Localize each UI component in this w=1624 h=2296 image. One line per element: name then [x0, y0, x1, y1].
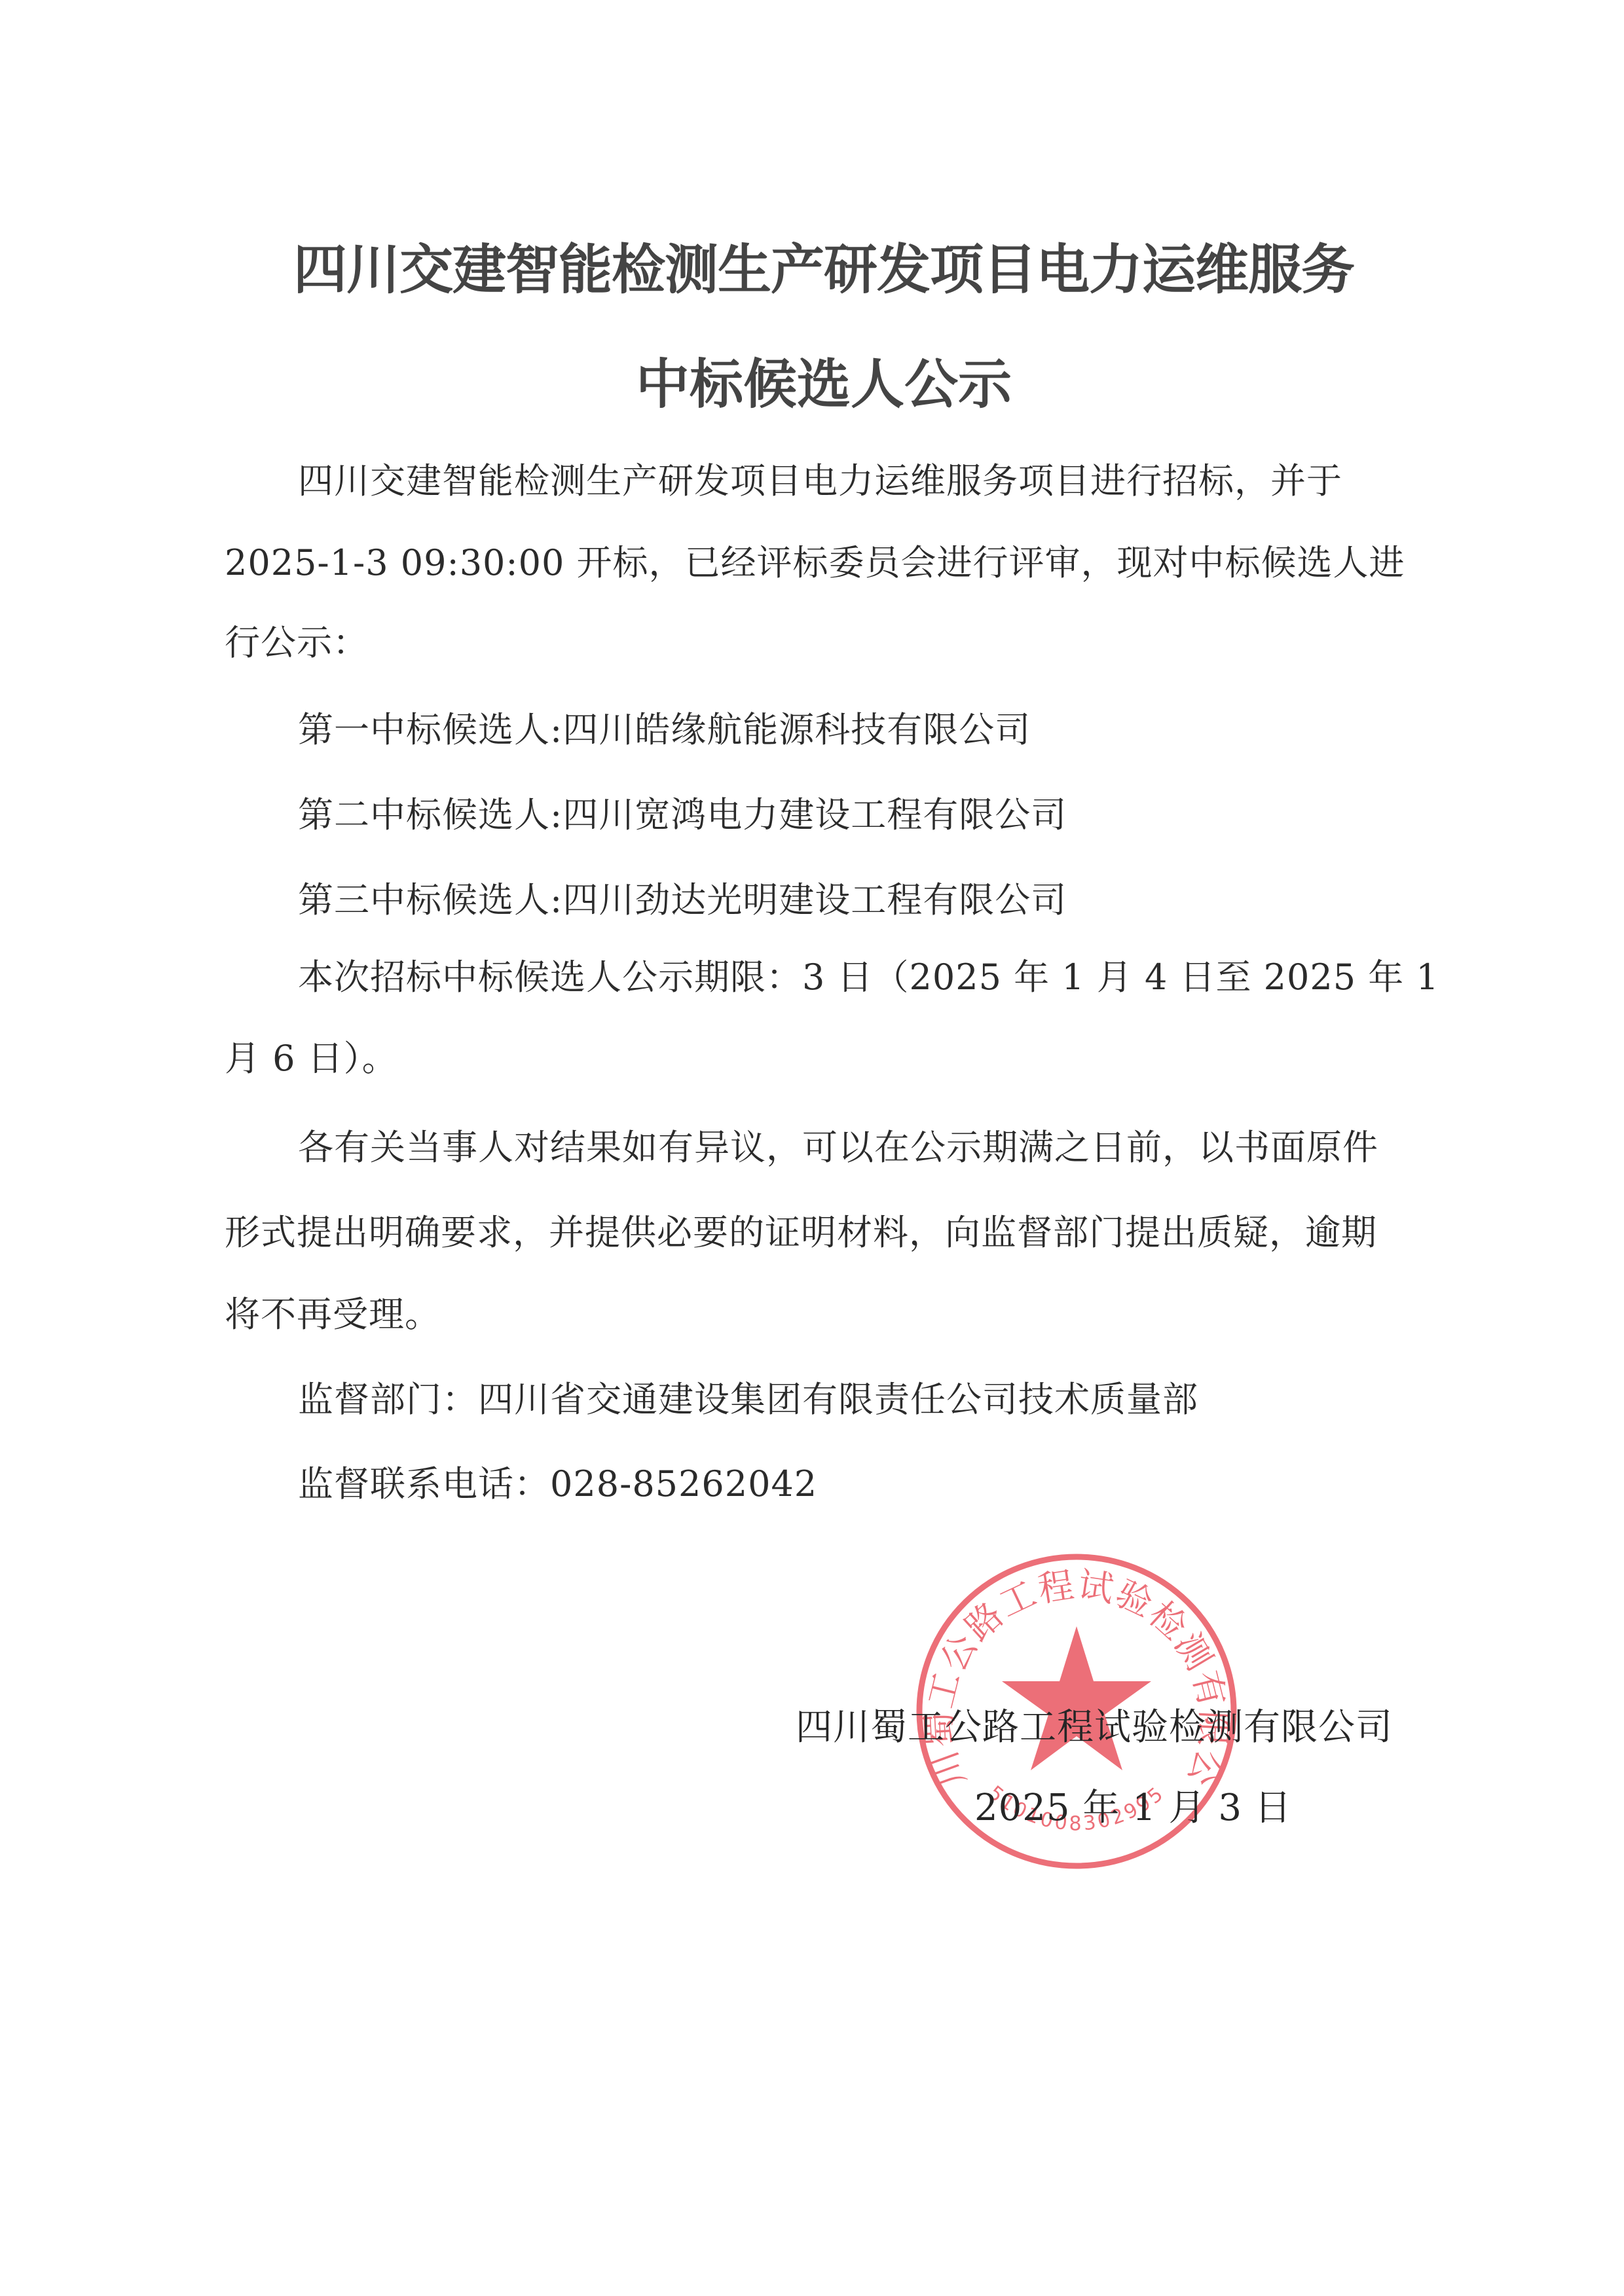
period-line-2: 月 6 日）。 — [225, 1036, 398, 1082]
candidate-company: 四川皓缘航能源科技有限公司 — [563, 709, 1031, 750]
candidate-2: 第二中标候选人:四川宽鸿电力建设工程有限公司 — [298, 792, 1067, 838]
objection-line-2: 形式提出明确要求，并提供必要的证明材料，向监督部门提出质疑，逾期 — [225, 1210, 1377, 1256]
signature-company: 四川蜀工公路工程试验检测有限公司 — [796, 1705, 1393, 1751]
intro-line-1: 四川交建智能检测生产研发项目电力运维服务项目进行招标，并于 — [298, 458, 1342, 504]
objection-line-1: 各有关当事人对结果如有异议，可以在公示期满之日前，以书面原件 — [298, 1125, 1378, 1171]
candidate-rank-label: 第三中标候选人: — [298, 879, 563, 920]
supervision-dept: 监督部门：四川省交通建设集团有限责任公司技术质量部 — [298, 1377, 1198, 1423]
supervision-dept-label: 监督部门： — [298, 1379, 478, 1420]
period-line-1: 本次招标中标候选人公示期限：3 日（2025 年 1 月 4 日至 2025 年… — [298, 955, 1439, 1000]
intro-line-3: 行公示： — [225, 620, 369, 666]
document-page: 四川交建智能检测生产研发项目电力运维服务 中标候选人公示 四川交建智能检测生产研… — [0, 0, 1624, 2296]
supervision-phone: 监督联系电话：028-85262042 — [298, 1461, 817, 1507]
signature-date: 2025 年 1 月 3 日 — [974, 1785, 1292, 1831]
intro-line-2: 2025-1-3 09:30:00 开标，已经评标委员会进行评审，现对中标候选人… — [225, 540, 1405, 586]
candidate-company: 四川劲达光明建设工程有限公司 — [563, 879, 1067, 920]
candidate-rank-label: 第二中标候选人: — [298, 794, 563, 835]
objection-line-3: 将不再受理。 — [225, 1292, 441, 1338]
document-title-line-2: 中标候选人公示 — [225, 352, 1423, 418]
candidate-3: 第三中标候选人:四川劲达光明建设工程有限公司 — [298, 877, 1067, 923]
candidate-company: 四川宽鸿电力建设工程有限公司 — [563, 794, 1067, 835]
supervision-phone-label: 监督联系电话： — [298, 1463, 550, 1504]
supervision-phone-value: 028-85262042 — [550, 1463, 817, 1504]
document-title-line-1: 四川交建智能检测生产研发项目电力运维服务 — [225, 238, 1423, 303]
candidate-rank-label: 第一中标候选人: — [298, 709, 563, 750]
supervision-dept-value: 四川省交通建设集团有限责任公司技术质量部 — [478, 1379, 1198, 1420]
candidate-1: 第一中标候选人:四川皓缘航能源科技有限公司 — [298, 707, 1031, 753]
